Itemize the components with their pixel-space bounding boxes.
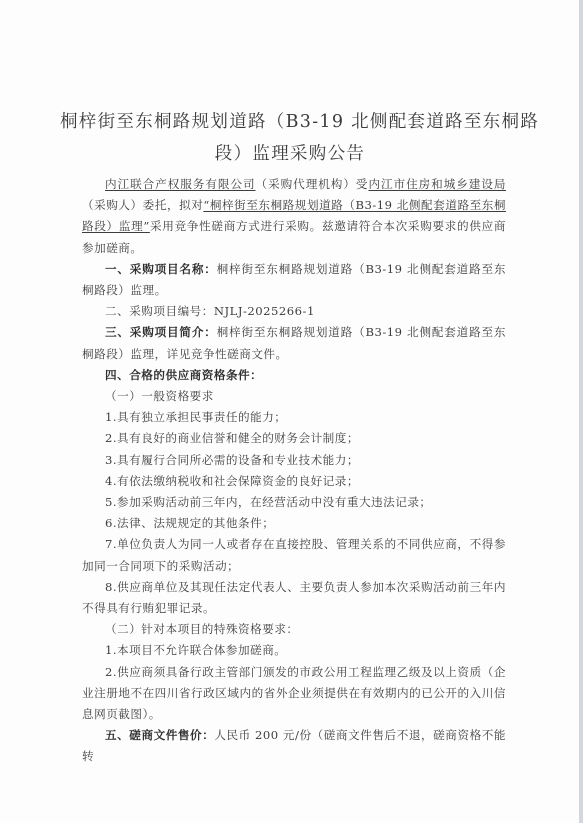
document-page: 桐梓街至东桐路规划道路（B3-19 北侧配套道路至东桐路 段）监理采购公告 内江… (0, 0, 583, 823)
section-5-document-price: 五、磋商文件售价：人民币 200 元/份（磋商文件售后不退，磋商资格不能转 (82, 725, 506, 767)
title-line-1: 桐梓街至东桐路规划道路（B3-19 北侧配套道路至东桐路 (60, 106, 520, 138)
section-3-label: 三、采购项目简介： (105, 325, 217, 339)
purchaser-role: （采购人）委托，拟对 (82, 198, 203, 212)
agency-name: 内江联合产权服务有限公司 (105, 177, 256, 191)
general-requirements-heading: （一）一般资格要求 (82, 386, 506, 407)
special-item-2: 2.供应商须具备行政主管部门颁发的市政公用工程监理乙级及以上资质（企业注册地不在… (82, 662, 506, 726)
general-item-8: 8.供应商单位及其现任法定代表人、主要负责人参加本次采购活动前三年内不得具有行贿… (82, 577, 506, 619)
section-2-label: 二、采购项目编号： (105, 304, 214, 318)
section-5-label: 五、磋商文件售价： (105, 728, 214, 742)
purchaser-name: 内江市住房和城乡建设局 (368, 177, 506, 191)
section-2-project-number: 二、采购项目编号：NJLJ-2025266-1 (82, 301, 506, 322)
general-item-4: 4.有依法缴纳税收和社会保障资金的良好记录； (82, 471, 506, 492)
general-item-7: 7.单位负责人为同一人或者存在直接控股、管理关系的不同供应商，不得参加同一合同项… (82, 534, 506, 576)
section-3-project-summary: 三、采购项目简介：桐梓街至东桐路规划道路（B3-19 北侧配套道路至东桐路段）监… (82, 322, 506, 364)
general-item-6: 6.法律、法规规定的其他条件； (82, 513, 506, 534)
section-1-label: 一、采购项目名称： (105, 262, 217, 276)
intro-paragraph: 内江联合产权服务有限公司（采购代理机构）受内江市住房和城乡建设局（采购人）委托，… (82, 174, 506, 259)
agency-role: （采购代理机构）受 (256, 177, 369, 191)
general-item-3: 3.具有履行合同所必需的设备和专业技术能力； (82, 450, 506, 471)
title-line-2: 段）监理采购公告 (60, 138, 520, 170)
section-4-heading: 四、合格的供应商资格条件： (82, 365, 506, 386)
special-item-1: 1.本项目不允许联合体参加磋商。 (82, 640, 506, 661)
document-title: 桐梓街至东桐路规划道路（B3-19 北侧配套道路至东桐路 段）监理采购公告 (60, 106, 520, 170)
section-2-value: NJLJ-2025266-1 (214, 304, 315, 318)
general-item-2: 2.具有良好的商业信誉和健全的财务会计制度； (82, 428, 506, 449)
general-item-1: 1.具有独立承担民事责任的能力； (82, 407, 506, 428)
special-requirements-heading: （二）针对本项目的特殊资格要求： (82, 619, 506, 640)
general-item-5: 5.参加采购活动前三年内，在经营活动中没有重大违法记录； (82, 492, 506, 513)
document-body: 内江联合产权服务有限公司（采购代理机构）受内江市住房和城乡建设局（采购人）委托，… (82, 174, 506, 768)
section-1-project-name: 一、采购项目名称：桐梓街至东桐路规划道路（B3-19 北侧配套道路至东桐路段）监… (82, 259, 506, 301)
